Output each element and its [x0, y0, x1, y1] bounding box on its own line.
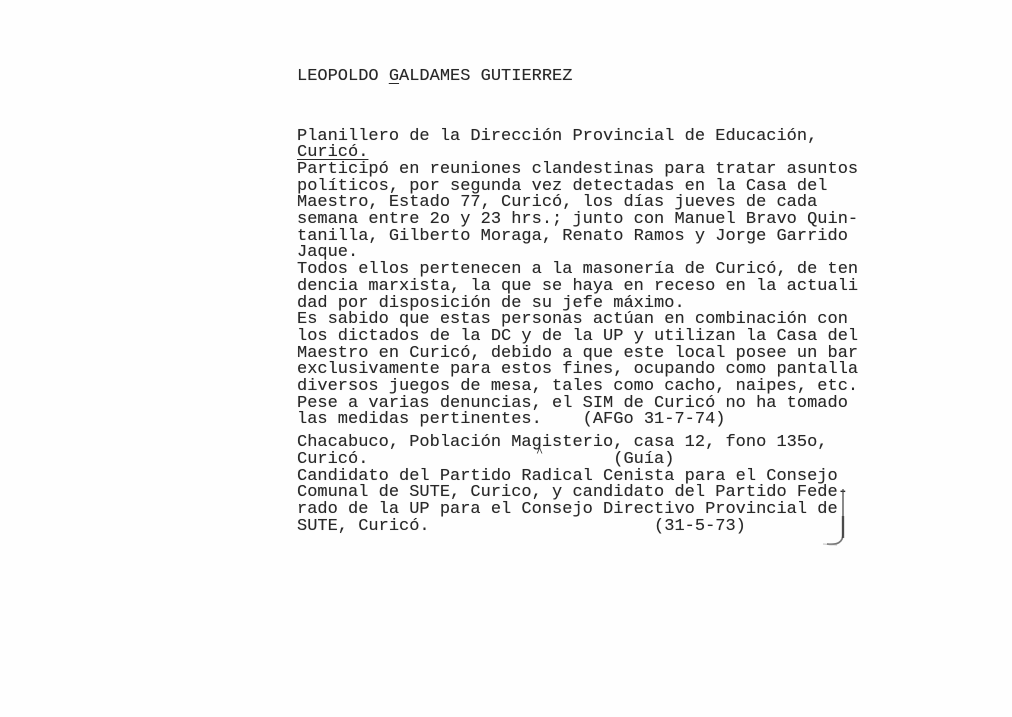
heading-text-post: ALDAMES GUTIERREZ: [399, 67, 572, 86]
text-line: tanilla, Gilberto Moraga, Renato Ramos y…: [297, 229, 858, 246]
document-text-block: LEOPOLDO GALDAMES GUTIERREZ Planillero d…: [297, 36, 858, 569]
heading-text-pre: LEOPOLDO: [297, 67, 389, 86]
document-heading: LEOPOLDO GALDAMES GUTIERREZ: [297, 69, 858, 86]
heading-underlined-letter: G: [389, 67, 399, 86]
text-line: Planillero de la Dirección Provincial de…: [297, 129, 858, 146]
scan-artifact-stroke: [815, 486, 855, 556]
text-line: las medidas pertinentes. (AFGo 31-7-74): [297, 412, 858, 429]
scanned-document-page: LEOPOLDO GALDAMES GUTIERREZ Planillero d…: [0, 0, 1012, 717]
document-lines: Planillero de la Dirección Provincial de…: [297, 129, 858, 536]
stray-caret-mark: ^: [536, 446, 543, 460]
text-line: SUTE, Curicó. (31-5-73): [297, 519, 858, 536]
